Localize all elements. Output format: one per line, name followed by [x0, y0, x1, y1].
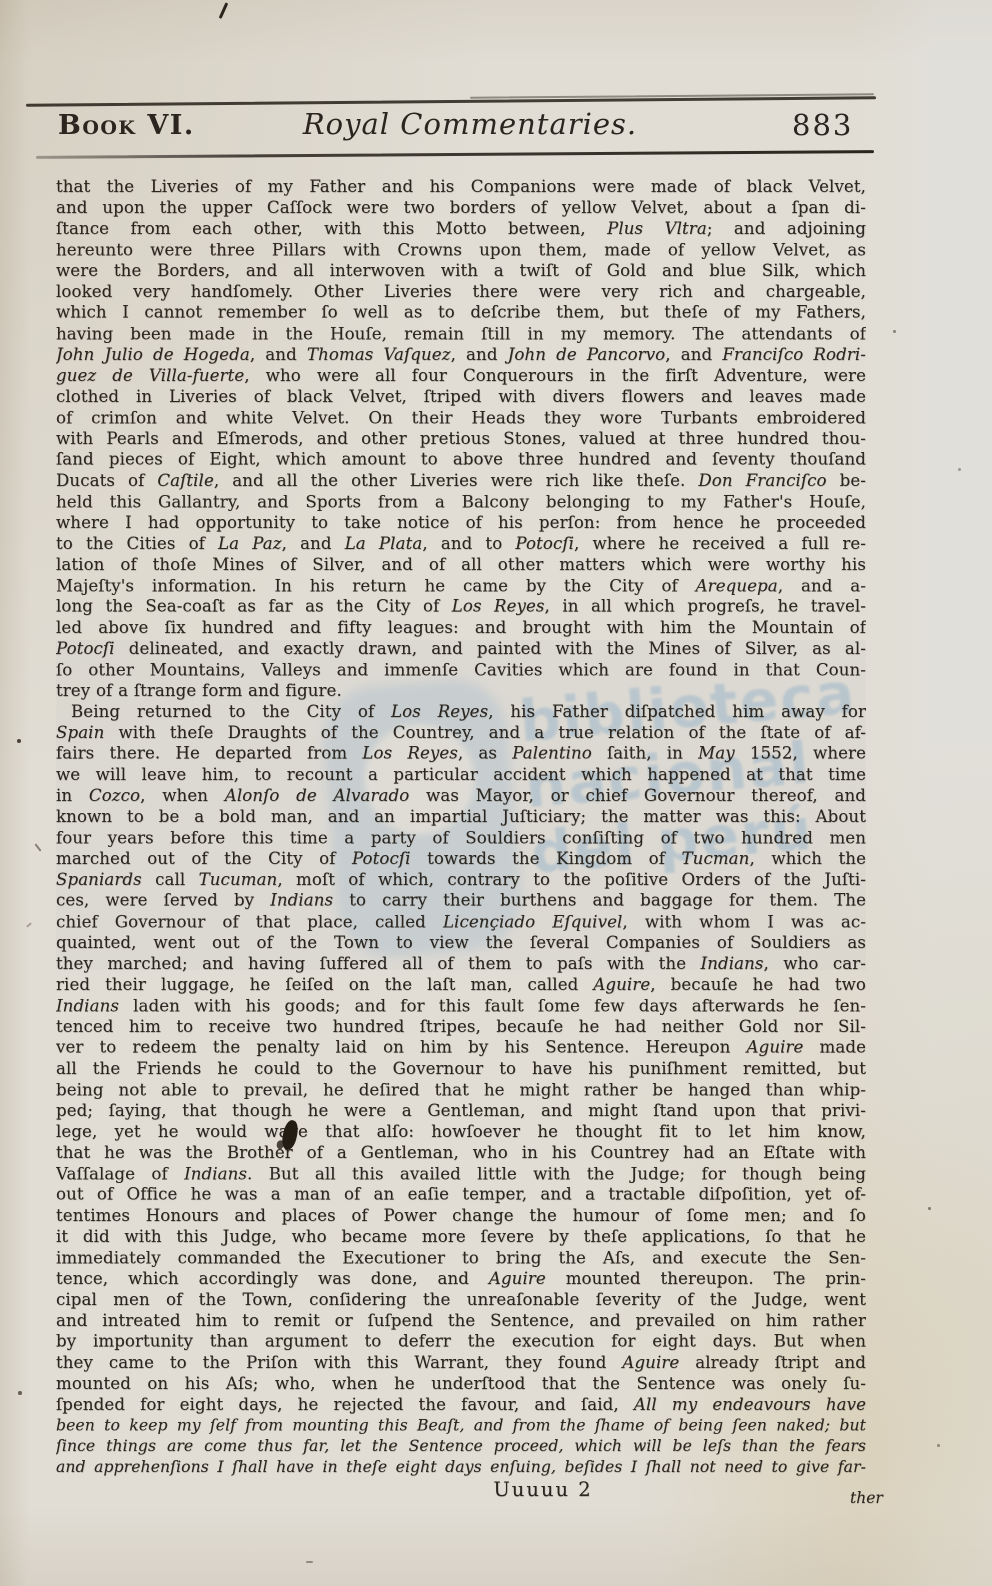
text-line: looked very handſomely. Other Liveries t…	[56, 281, 866, 302]
paper-speck	[34, 843, 41, 851]
text-line: led above ſix hundred and fifty leagues:…	[56, 617, 866, 638]
text-line: guez de Villa-fuerte, who were all four …	[56, 365, 866, 386]
paper-speck	[17, 739, 21, 743]
paper-speck	[306, 1561, 313, 1563]
text-line: having been made in the Houſe, remain ſt…	[56, 323, 866, 344]
text-line: ſo other Mountains, Valleys and immenſe …	[56, 659, 866, 680]
text-line: out of Office he was a man of an eaſie t…	[56, 1184, 866, 1205]
text-line: by importunity than argument to deferr t…	[56, 1331, 866, 1352]
text-line: and upon the upper Caſſock were two bord…	[56, 197, 866, 218]
paper-speck	[937, 1444, 940, 1447]
text-line: hereunto were three Pillars with Crowns …	[56, 239, 866, 260]
text-line: they came to the Priſon with this Warran…	[56, 1352, 866, 1373]
text-line: Vaſſalage of Indians. But all this avail…	[56, 1163, 866, 1184]
header-rule-bottom	[36, 150, 874, 158]
text-line: John Julio de Hogeda, and Thomas Vaſquez…	[56, 344, 866, 365]
text-line: to the Cities of La Paz, and La Plata, a…	[56, 533, 866, 554]
book-label: Book VI.	[58, 110, 195, 141]
text-line: with Pearls and Eſmerods, and other pret…	[56, 428, 866, 449]
text-line: that the Liveries of my Father and his C…	[56, 176, 866, 197]
text-line: ped; ſaying, that though he were a Gentl…	[56, 1100, 866, 1121]
signature-mark: Uuuuu 2	[468, 1478, 618, 1501]
text-line: Potocſi delineated, and exactly drawn, a…	[56, 638, 866, 659]
text-line: chief Governour of that place, called Li…	[56, 911, 866, 932]
text-line: clothed in Liveries of black Velvet, ſtr…	[56, 386, 866, 407]
text-line: four years before this time a party of S…	[56, 827, 866, 848]
book-page-scan: bibliotecanacionaldel perú Book VI. Roya…	[0, 0, 992, 1586]
paper-speck	[928, 1207, 931, 1210]
page-number: 883	[792, 108, 853, 142]
catchword: ther	[850, 1489, 883, 1507]
text-line: mounted on his Aſs; who, when he underſt…	[56, 1373, 866, 1394]
text-line: they marched; and having ſuffered all of…	[56, 953, 866, 974]
text-line: tentimes Honours and places of Power cha…	[56, 1205, 866, 1226]
paper-speck	[18, 1391, 22, 1395]
text-line: ver to redeem the penalty laid on him by…	[56, 1037, 866, 1058]
text-line: ſince things are come thus far, let the …	[56, 1436, 866, 1457]
text-line: Ducats of Caſtile, and all the other Liv…	[56, 470, 866, 491]
text-line: ces, were ſerved by Indians to carry the…	[56, 890, 866, 911]
text-line: we will leave him, to recount a particul…	[56, 764, 866, 785]
text-line: lation of thoſe Mines of Silver, and of …	[56, 554, 866, 575]
text-line: in Cozco, when Alonſo de Alvarado was Ma…	[56, 785, 866, 806]
text-line: cipal men of the Town, conſidering the u…	[56, 1289, 866, 1310]
text-line: were the Borders, and all interwoven wit…	[56, 260, 866, 281]
text-line: that he was the Brother of a Gentleman, …	[56, 1142, 866, 1163]
paper-speck	[26, 922, 32, 927]
text-line: and apprehenſions I ſhall have in theſe …	[56, 1457, 866, 1478]
paper-speck	[958, 468, 961, 471]
paper-speck	[893, 330, 896, 333]
text-line: of crimſon and white Velvet. On their He…	[56, 407, 866, 428]
text-line: tence, which accordingly was done, and A…	[56, 1268, 866, 1289]
text-line: ried their luggage, he ſeiſed on the laſ…	[56, 974, 866, 995]
text-line: been to keep my ſelf from mounting this …	[56, 1415, 866, 1436]
text-line: tenced him to receive two hundred ſtripe…	[56, 1016, 866, 1037]
text-line: where I had opportunity to take notice o…	[56, 512, 866, 533]
text-line: and intreated him to remit or ſuſpend th…	[56, 1310, 866, 1331]
text-line: quainted, went out of the Town to view t…	[56, 932, 866, 953]
text-line: ſand pieces of Eight, which amount to ab…	[56, 449, 866, 470]
text-line: fairs there. He departed from Los Reyes,…	[56, 743, 866, 764]
text-line: Indians laden with his goods; and for th…	[56, 995, 866, 1016]
text-block: that the Liveries of my Father and his C…	[56, 176, 866, 1478]
text-line: Majeſty's information. In his return he …	[56, 575, 866, 596]
text-line: known to be a bold man, and an impartial…	[56, 806, 866, 827]
text-line: lege, yet he would wave that alſo: howſo…	[56, 1121, 866, 1142]
page-title: Royal Commentaries.	[240, 107, 700, 141]
text-line: all the Friends he could to the Governou…	[56, 1058, 866, 1079]
text-line: it did with this Judge, who became more …	[56, 1226, 866, 1247]
text-line: which I cannot remember ſo well as to de…	[56, 302, 866, 323]
paper-speck	[219, 2, 228, 19]
text-line: ſtance from each other, with this Motto …	[56, 218, 866, 239]
text-line: Spaniards call Tucuman, moſt of which, c…	[56, 869, 866, 890]
text-line: trey of a ſtrange form and figure.	[56, 680, 866, 701]
text-line: Spain with theſe Draughts of the Countre…	[56, 722, 866, 743]
text-line: immediately commanded the Executioner to…	[56, 1247, 866, 1268]
text-line: long the Sea-coaſt as far as the City of…	[56, 596, 866, 617]
text-line: being not able to prevail, he deſired th…	[56, 1079, 866, 1100]
text-line: held this Gallantry, and Sports from a B…	[56, 491, 866, 512]
header-rule-top	[26, 96, 876, 106]
text-line: ſpended for eight days, he rejected the …	[56, 1394, 866, 1415]
text-line: Being returned to the City of Los Reyes,…	[56, 701, 866, 722]
text-line: marched out of the City of Potocſi towar…	[56, 848, 866, 869]
